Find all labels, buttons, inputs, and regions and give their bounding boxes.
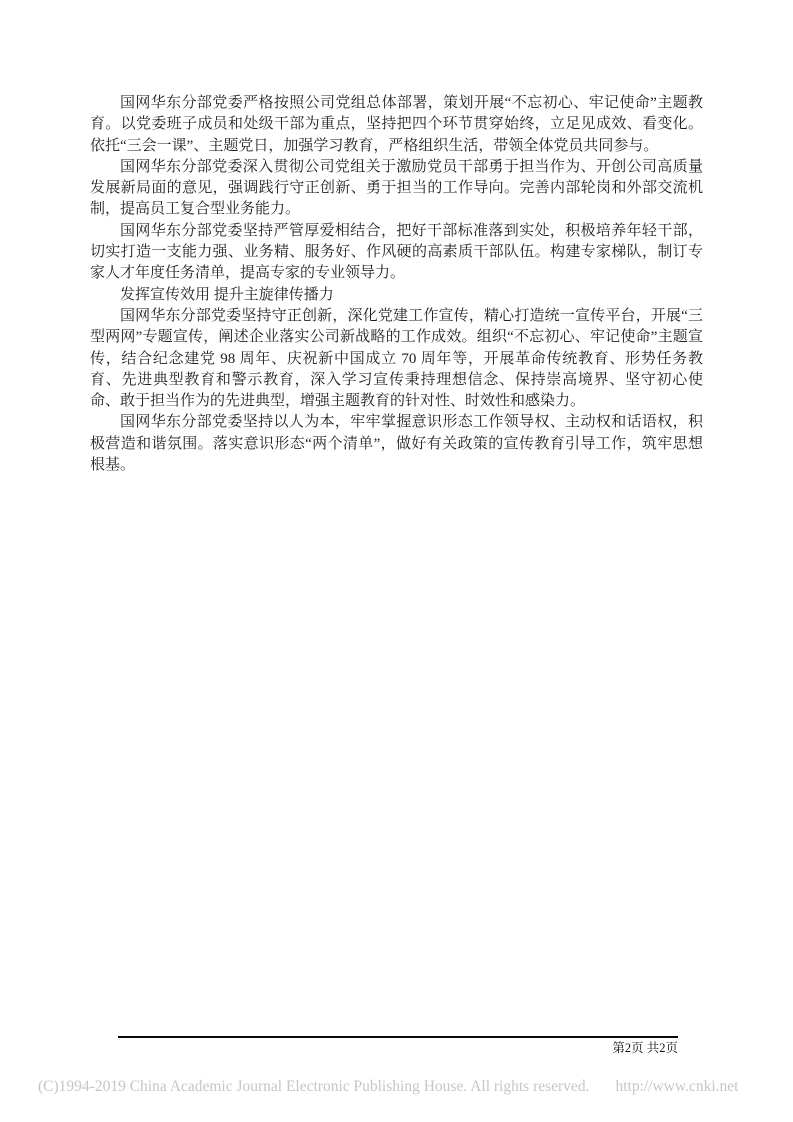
paragraph: 国网华东分部党委深入贯彻公司党组关于激励党员干部勇于担当作为、开创公司高质量发展…: [90, 157, 703, 221]
section-heading: 发挥宣传效用 提升主旋律传播力: [90, 285, 703, 306]
copyright-notice: (C)1994-2019 China Academic Journal Elec…: [38, 1077, 738, 1096]
paragraph: 国网华东分部党委严格按照公司党组总体部署，策划开展“不忘初心、牢记使命”主题教育…: [90, 93, 703, 157]
document-body: 国网华东分部党委严格按照公司党组总体部署，策划开展“不忘初心、牢记使命”主题教育…: [90, 93, 703, 476]
page-number-label: 第2页 共2页: [118, 1040, 678, 1056]
paragraph: 国网华东分部党委坚持严管厚爱相结合，把好干部标准落到实处，积极培养年轻干部，切实…: [90, 221, 703, 285]
cnki-url-text: http://www.cnki.net: [615, 1078, 738, 1095]
paragraph: 国网华东分部党委坚持守正创新，深化党建工作宣传，精心打造统一宣传平台，开展“三型…: [90, 306, 703, 412]
copyright-text: (C)1994-2019 China Academic Journal Elec…: [38, 1078, 589, 1095]
document-page: 国网华东分部党委严格按照公司党组总体部署，策划开展“不忘初心、牢记使命”主题教育…: [0, 0, 793, 1122]
footer-divider: [118, 1036, 678, 1038]
paragraph: 国网华东分部党委坚持以人为本，牢牢掌握意识形态工作领导权、主动权和话语权，积极营…: [90, 412, 703, 476]
